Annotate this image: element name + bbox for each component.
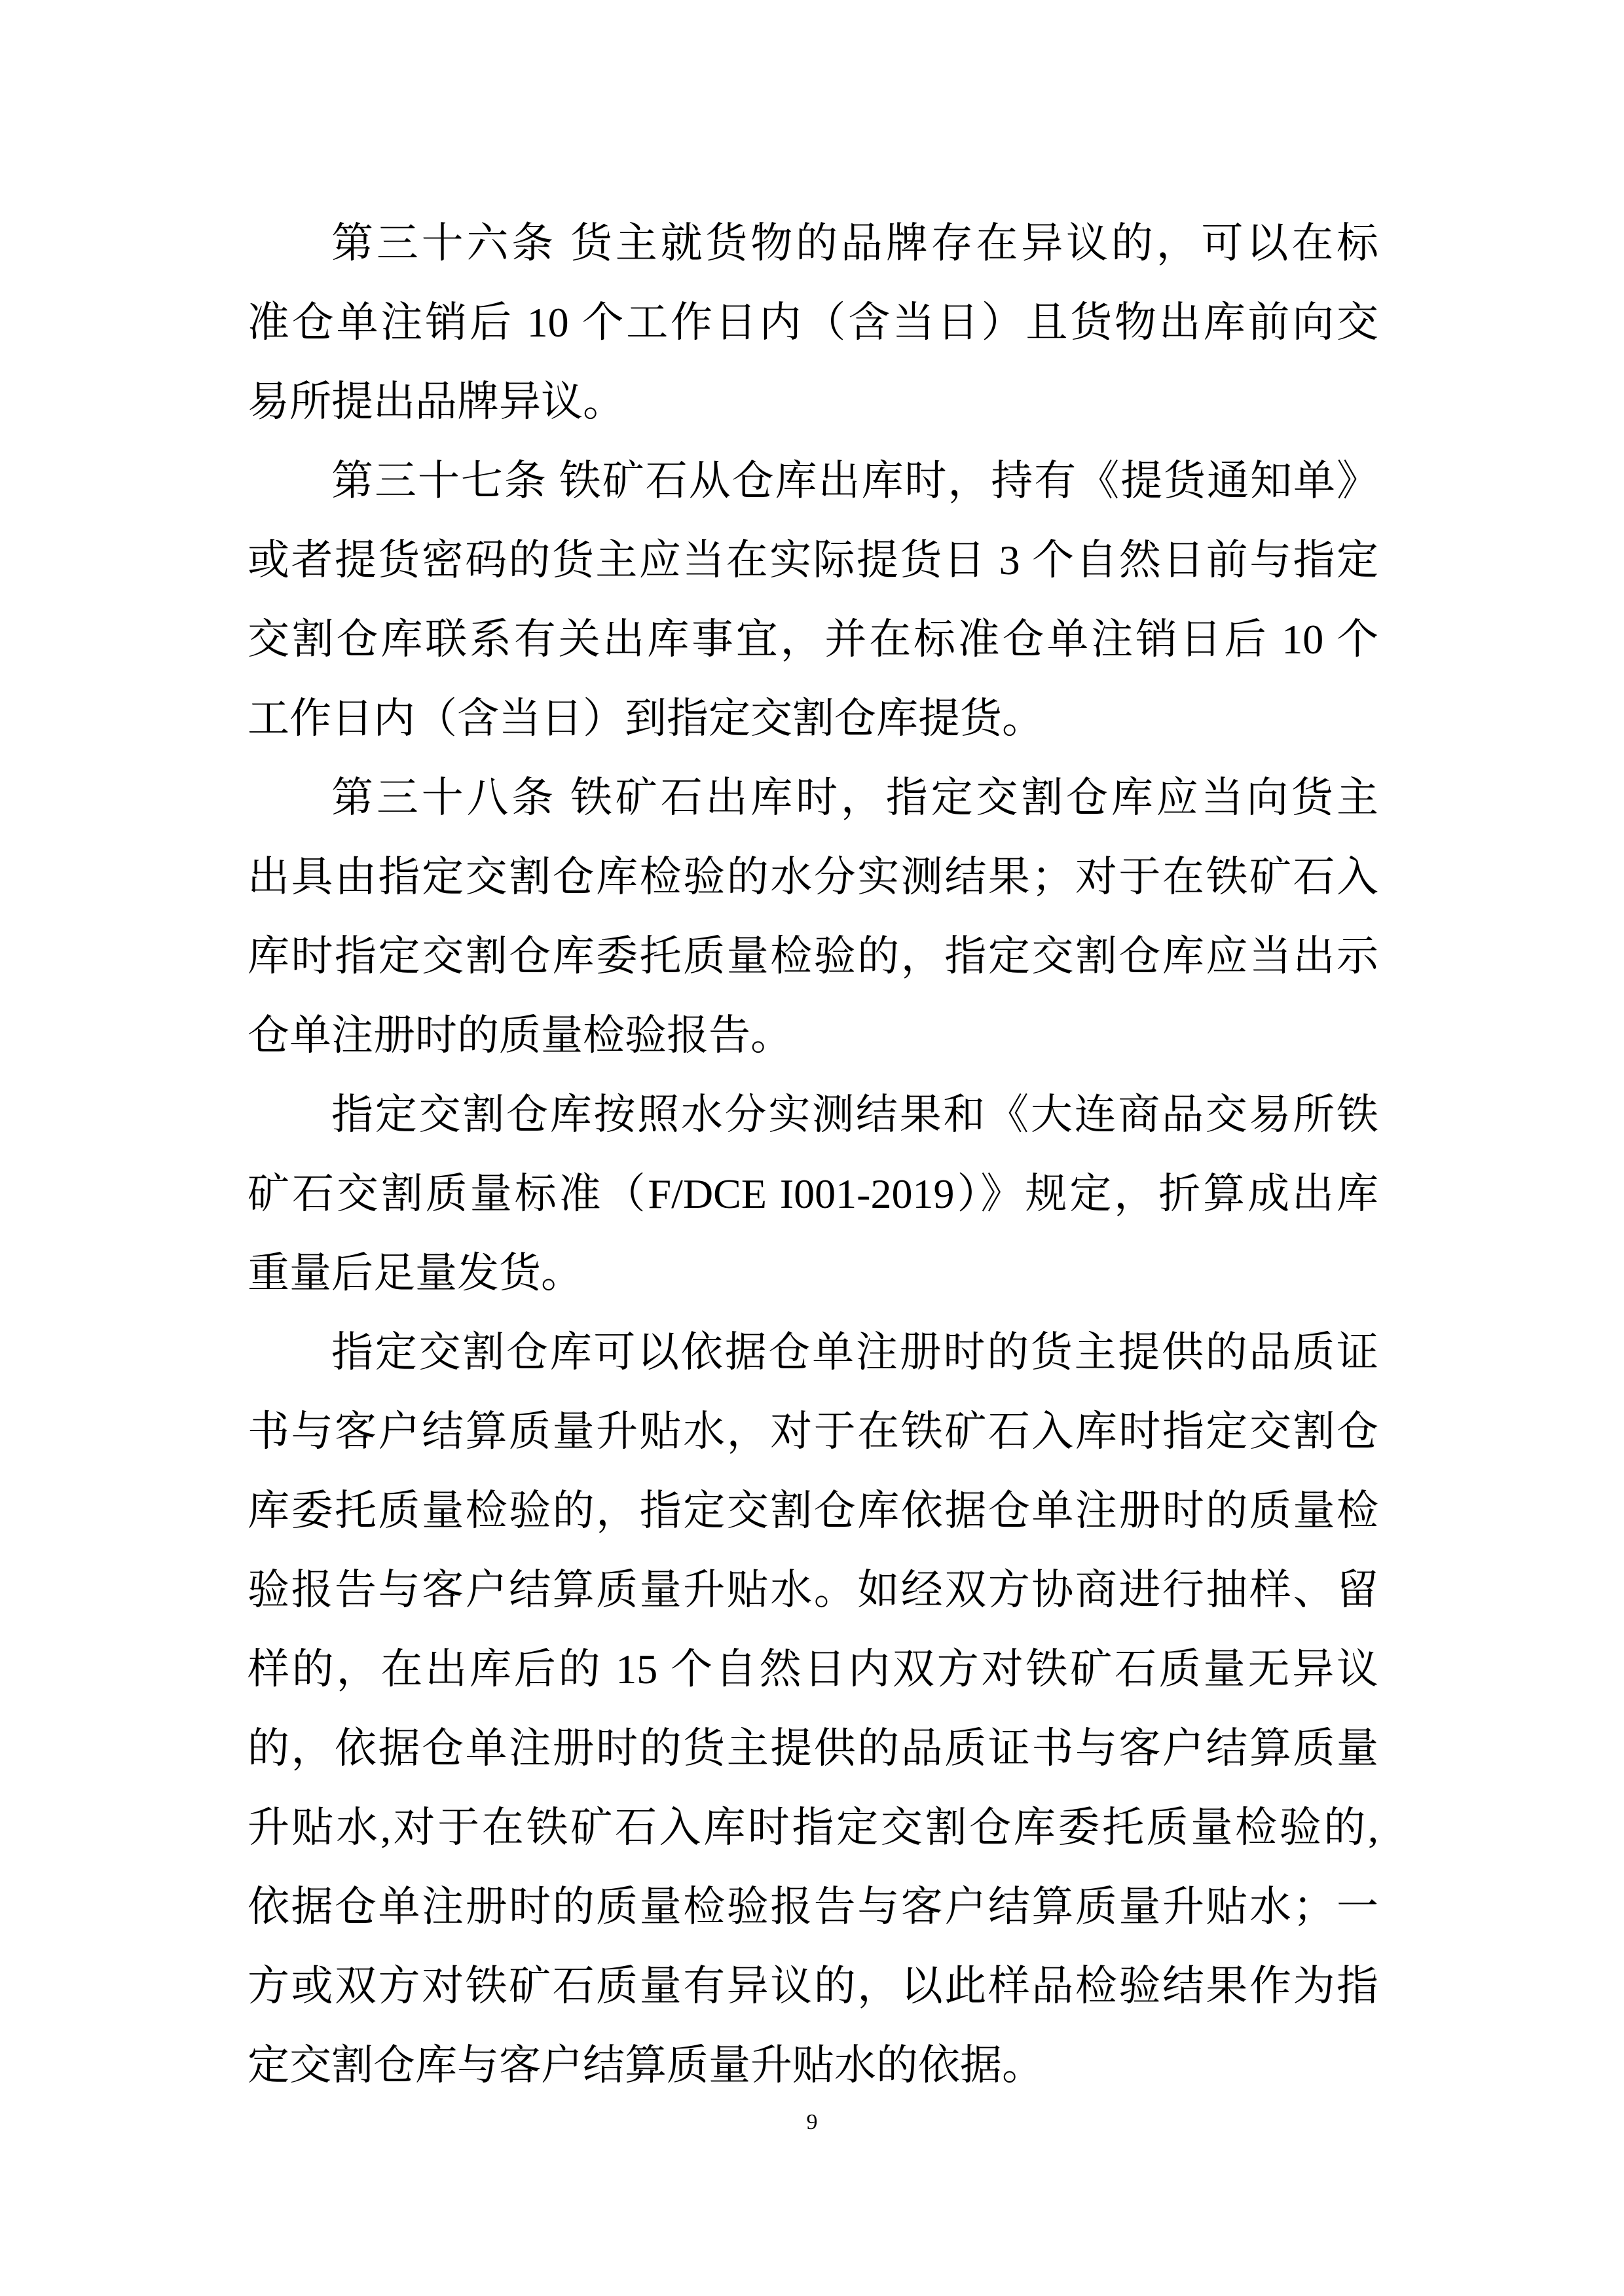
document-page: 第三十六条 货主就货物的品牌存在异议的，可以在标 准仓单注销后 10 个工作日内… — [0, 0, 1624, 2296]
text-line: 仓单注册时的质量检验报告。 — [248, 996, 1378, 1075]
paragraph-weight-conversion: 指定交割仓库按照水分实测结果和《大连商品交易所铁 矿石交割质量标准（F/DCE … — [248, 1075, 1378, 1313]
text-line: 工作日内（含当日）到指定交割仓库提货。 — [248, 679, 1378, 758]
text-line: 易所提出品牌异议。 — [248, 362, 1378, 441]
text-line: 重量后足量发货。 — [248, 1233, 1378, 1313]
text-line: 依据仓单注册时的质量检验报告与客户结算质量升贴水；一 — [248, 1867, 1378, 1946]
text-line: 指定交割仓库按照水分实测结果和《大连商品交易所铁 — [248, 1075, 1378, 1154]
text-line: 样的，在出库后的 15 个自然日内双方对铁矿石质量无异议 — [248, 1630, 1378, 1709]
text-line: 方或双方对铁矿石质量有异议的，以此样品检验结果作为指 — [248, 1946, 1378, 2026]
text-line: 定交割仓库与客户结算质量升贴水的依据。 — [248, 2026, 1378, 2105]
text-line: 升贴水,对于在铁矿石入库时指定交割仓库委托质量检验的, — [248, 1788, 1378, 1867]
paragraph-article-38: 第三十八条 铁矿石出库时，指定交割仓库应当向货主 出具由指定交割仓库检验的水分实… — [248, 758, 1378, 1075]
page-number: 9 — [0, 2107, 1624, 2138]
text-line: 准仓单注销后 10 个工作日内（含当日）且货物出库前向交 — [248, 283, 1378, 362]
text-line: 矿石交割质量标准（F/DCE I001-2019）》规定，折算成出库 — [248, 1154, 1378, 1233]
text-line: 交割仓库联系有关出库事宜，并在标准仓单注销日后 10 个 — [248, 600, 1378, 679]
text-line: 第三十七条 铁矿石从仓库出库时，持有《提货通知单》 — [248, 441, 1378, 520]
text-line: 出具由指定交割仓库检验的水分实测结果；对于在铁矿石入 — [248, 837, 1378, 917]
text-line: 第三十八条 铁矿石出库时，指定交割仓库应当向货主 — [248, 758, 1378, 837]
paragraph-article-36: 第三十六条 货主就货物的品牌存在异议的，可以在标 准仓单注销后 10 个工作日内… — [248, 204, 1378, 441]
text-line: 书与客户结算质量升贴水，对于在铁矿石入库时指定交割仓 — [248, 1392, 1378, 1471]
paragraph-quality-settlement: 指定交割仓库可以依据仓单注册时的货主提供的品质证 书与客户结算质量升贴水，对于在… — [248, 1313, 1378, 2105]
paragraph-article-37: 第三十七条 铁矿石从仓库出库时，持有《提货通知单》 或者提货密码的货主应当在实际… — [248, 441, 1378, 758]
text-line: 第三十六条 货主就货物的品牌存在异议的，可以在标 — [248, 204, 1378, 283]
text-line: 的，依据仓单注册时的货主提供的品质证书与客户结算质量 — [248, 1709, 1378, 1788]
text-line: 验报告与客户结算质量升贴水。如经双方协商进行抽样、留 — [248, 1550, 1378, 1630]
document-body: 第三十六条 货主就货物的品牌存在异议的，可以在标 准仓单注销后 10 个工作日内… — [248, 204, 1378, 2105]
text-line: 指定交割仓库可以依据仓单注册时的货主提供的品质证 — [248, 1313, 1378, 1392]
text-line: 库时指定交割仓库委托质量检验的，指定交割仓库应当出示 — [248, 917, 1378, 996]
text-line: 或者提货密码的货主应当在实际提货日 3 个自然日前与指定 — [248, 520, 1378, 600]
text-line: 库委托质量检验的，指定交割仓库依据仓单注册时的质量检 — [248, 1471, 1378, 1550]
